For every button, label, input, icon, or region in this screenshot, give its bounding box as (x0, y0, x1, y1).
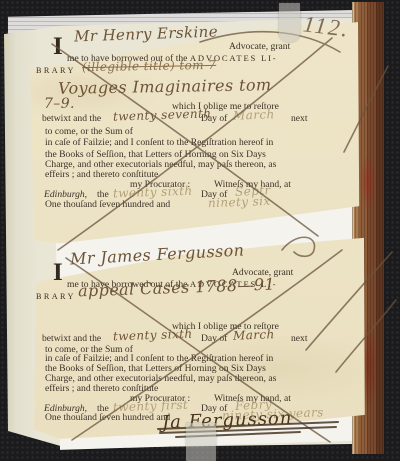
tape-bottom (186, 423, 216, 461)
form1-betwixt-text: betwixt and the (42, 114, 101, 124)
form2-sign-day: twenty first (113, 400, 188, 413)
form2-due-day: twenty sixth (113, 329, 193, 342)
form1-drop-cap: I (53, 36, 63, 58)
form1-failzie-text: in caſe of Failzie; and I conſent to the… (45, 138, 273, 148)
form2-book-entry: appeal Cases 1788—91 (78, 280, 275, 297)
form1-dayof-text: Day of (201, 114, 227, 124)
form1-book-entry: Voyages Imaginaires tom (58, 80, 272, 94)
form2-due-month: March (233, 329, 275, 340)
fore-edge-stain (360, 152, 376, 212)
form1-brary-label: brary (36, 66, 76, 76)
photographed-library-receipt-page: 112. I Mr Henry Erskine Advocate, grant … (0, 0, 400, 461)
form1-due-month: March (233, 109, 275, 120)
form2-thousand-text: One thouſand ſeven hundred and (45, 413, 170, 423)
form2-signature: Ja Fergusson (162, 414, 293, 429)
form2-betwixt-text: betwixt and the (42, 334, 101, 344)
page-number: 112. (303, 19, 350, 35)
form1-sign-day: twenty sixth (113, 186, 193, 199)
form1-next-text: next (291, 114, 308, 124)
form1-due-day: twenty seventh (113, 108, 212, 121)
form1-borrower-name: Mr Henry Erskine (74, 26, 218, 41)
form1-advocate-grant: Advocate, grant (229, 42, 290, 52)
form1-struck-entry: (illegible title) tom 7 (82, 60, 216, 72)
form2-brary-label: brary (36, 292, 76, 302)
form2-drop-cap: I (53, 262, 63, 284)
form1-volume-range: 7–9. (44, 99, 75, 109)
form2-next-text: next (291, 334, 308, 344)
form1-sum-text: to come, or the Sum of (45, 127, 133, 137)
form1-sign-year: ninety six (208, 196, 271, 208)
form2-dayof-text: Day of (201, 334, 227, 344)
form1-thousand-text: One thouſand ſeven hundred and (45, 200, 170, 210)
tape-top (279, 3, 300, 42)
